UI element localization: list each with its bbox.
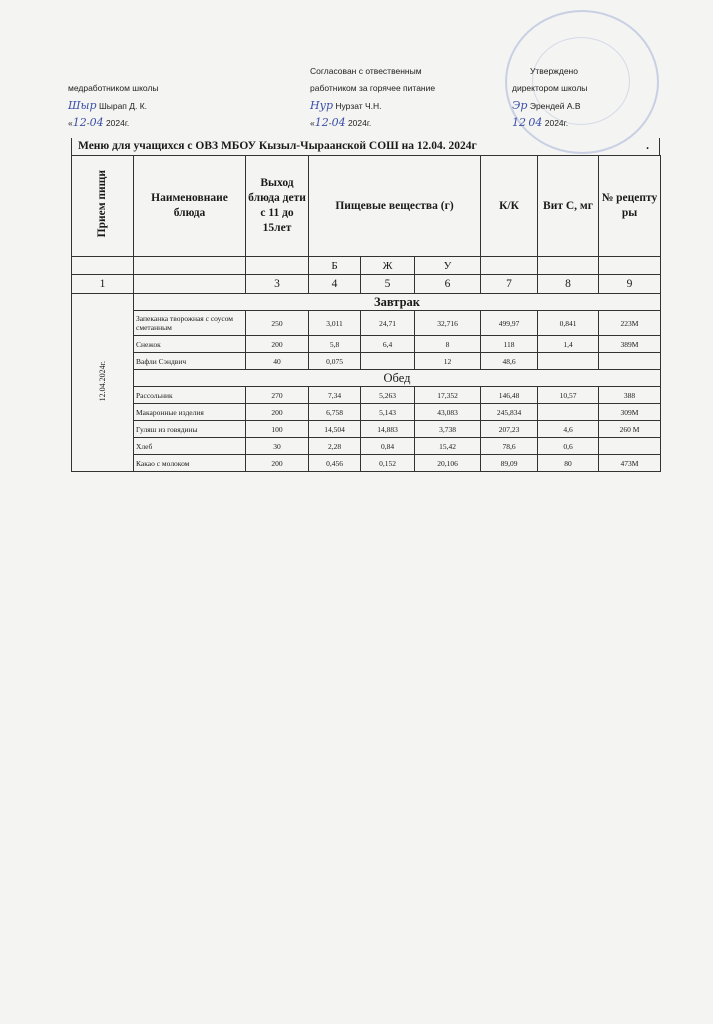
cell-u: 15,42 [415,438,481,455]
cell-kcal: 89,09 [481,455,538,472]
cell-output: 270 [246,387,309,404]
cell-kcal: 207,23 [481,421,538,438]
header-output: Выход блюда дети с 11 до 15лет [246,156,309,257]
colnum: 3 [246,275,309,294]
cell-zh: 0,84 [361,438,415,455]
cell-kcal: 48,6 [481,353,538,370]
cell-zh: 5,143 [361,404,415,421]
cell-output: 40 [246,353,309,370]
cell-u: 17,352 [415,387,481,404]
cell-dish: Вафли Сэндвич [134,353,246,370]
cell-output: 200 [246,455,309,472]
cell-kcal: 78,6 [481,438,538,455]
cell-u: 43,083 [415,404,481,421]
medic-name: Шырап Д. К. [99,101,147,111]
cell-u: 20,106 [415,455,481,472]
cell-b: 6,758 [309,404,361,421]
cell-recipe: 223М [599,311,661,336]
menu-row: Хлеб302,280,8415,4278,60,6 [72,438,661,455]
cell-recipe: 389М [599,336,661,353]
medic-date-day: 12 [73,116,87,129]
header-meal-text: Прием пищи [95,170,110,237]
colnum: 7 [481,275,538,294]
date-label: 12.04.2024г. [98,361,107,401]
food-name: Нурзат Ч.Н. [335,101,381,111]
cell-b: 14,504 [309,421,361,438]
cell-kcal: 499,97 [481,311,538,336]
header-vitc: Вит С, мг [538,156,599,257]
cell-recipe: 473М [599,455,661,472]
colnum: 8 [538,275,599,294]
menu-row: Запеканка творожная с соусом сметанным25… [72,311,661,336]
cell-zh: 14,883 [361,421,415,438]
cell-b: 3,011 [309,311,361,336]
director-approval: Утверждено директором школы Эр Эрендей А… [512,63,587,131]
cell-kcal: 245,834 [481,404,538,421]
cell-output: 200 [246,404,309,421]
cell-vitc: 0,841 [538,311,599,336]
cell-b: 0,456 [309,455,361,472]
sub-empty-1 [72,257,134,275]
menu-title-text: Меню для учащихся с ОВЗ МБОУ Кызыл-Чыраа… [78,140,477,152]
medic-year: 2024г. [106,118,129,128]
cell-recipe: 388 [599,387,661,404]
medic-approval: медработником школы Шыр Шырап Д. К. «12-… [68,80,159,131]
food-signature: Нур [310,99,333,112]
cell-zh [361,353,415,370]
sub-empty-8 [538,257,599,275]
food-approval: Согласован с отвественным работником за … [310,63,435,131]
medic-role: медработником школы [68,80,159,97]
cell-recipe [599,438,661,455]
sub-empty-3 [246,257,309,275]
colnum: 4 [309,275,361,294]
menu-row: Какао с молоком2000,4560,15220,10689,098… [72,455,661,472]
cell-u: 12 [415,353,481,370]
cell-recipe: 260 М [599,421,661,438]
header-nutrients: Пищевые вещества (г) [309,156,481,257]
cell-u: 8 [415,336,481,353]
food-date-month: 04 [332,116,346,129]
cell-output: 30 [246,438,309,455]
cell-recipe: 309М [599,404,661,421]
section-title: Обед [134,370,661,387]
cell-u: 32,716 [415,311,481,336]
cell-output: 100 [246,421,309,438]
director-line0: Утверждено [512,63,587,80]
director-role: директором школы [512,80,587,97]
food-line0: Согласован с отвественным [310,63,435,80]
cell-vitc [538,353,599,370]
cell-zh: 24,71 [361,311,415,336]
header-meal: Прием пищи [72,156,134,257]
cell-vitc: 10,57 [538,387,599,404]
sub-empty-9 [599,257,661,275]
colnum [134,275,246,294]
section-row: 12.04.2024г.Завтрак [72,294,661,311]
director-date-month: 04 [528,116,542,129]
director-year: 2024г. [545,118,568,128]
cell-dish: Хлеб [134,438,246,455]
cell-zh: 0,152 [361,455,415,472]
food-date-day: 12 [315,116,329,129]
cell-dish: Гуляш из говядины [134,421,246,438]
cell-kcal: 118 [481,336,538,353]
header-kcal: К/К [481,156,538,257]
sub-u: У [415,257,481,275]
menu-table: Прием пищи Наименовнаие блюда Выход блюд… [71,155,661,472]
cell-b: 5,8 [309,336,361,353]
date-cell: 12.04.2024г. [72,294,134,472]
menu-row: Макаронные изделия2006,7585,14343,083245… [72,404,661,421]
cell-recipe [599,353,661,370]
medic-signature: Шыр [68,99,97,112]
cell-vitc: 0,6 [538,438,599,455]
cell-b: 0,075 [309,353,361,370]
section-row: Обед [72,370,661,387]
menu-title: Меню для учащихся с ОВЗ МБОУ Кызыл-Чыраа… [71,138,660,155]
cell-b: 7,34 [309,387,361,404]
menu-row: Гуляш из говядины10014,50414,8833,738207… [72,421,661,438]
section-title: Завтрак [134,294,661,311]
cell-vitc: 4,6 [538,421,599,438]
sub-zh: Ж [361,257,415,275]
header-row: Прием пищи Наименовнаие блюда Выход блюд… [72,156,661,257]
colnum: 9 [599,275,661,294]
cell-output: 250 [246,311,309,336]
cell-vitc: 1,4 [538,336,599,353]
cell-zh: 5,263 [361,387,415,404]
cell-kcal: 146,48 [481,387,538,404]
medic-date-month: 04 [90,116,104,129]
cell-zh: 6,4 [361,336,415,353]
header-dish: Наименовнаие блюда [134,156,246,257]
column-number-row: 1 3 4 5 6 7 8 9 [72,275,661,294]
cell-b: 2,28 [309,438,361,455]
director-date-day: 12 [512,116,526,129]
cell-dish: Снежок [134,336,246,353]
colnum: 6 [415,275,481,294]
menu-row: Снежок2005,86,481181,4389М [72,336,661,353]
sub-empty-7 [481,257,538,275]
cell-u: 3,738 [415,421,481,438]
title-dot: . [646,138,649,155]
cell-dish: Рассольник [134,387,246,404]
sub-b: Б [309,257,361,275]
colnum: 5 [361,275,415,294]
cell-vitc: 80 [538,455,599,472]
colnum: 1 [72,275,134,294]
subheader-row: Б Ж У [72,257,661,275]
cell-dish: Макаронные изделия [134,404,246,421]
menu-row: Вафли Сэндвич400,0751248,6 [72,353,661,370]
cell-dish: Запеканка творожная с соусом сметанным [134,311,246,336]
director-signature: Эр [512,99,527,112]
cell-output: 200 [246,336,309,353]
food-role: работником за горячее питание [310,80,435,97]
header-recipe: № рецепту ры [599,156,661,257]
menu-row: Рассольник2707,345,26317,352146,4810,573… [72,387,661,404]
sub-empty-2 [134,257,246,275]
food-year: 2024г. [348,118,371,128]
cell-dish: Какао с молоком [134,455,246,472]
cell-vitc [538,404,599,421]
director-name: Эрендей А.В [530,101,581,111]
